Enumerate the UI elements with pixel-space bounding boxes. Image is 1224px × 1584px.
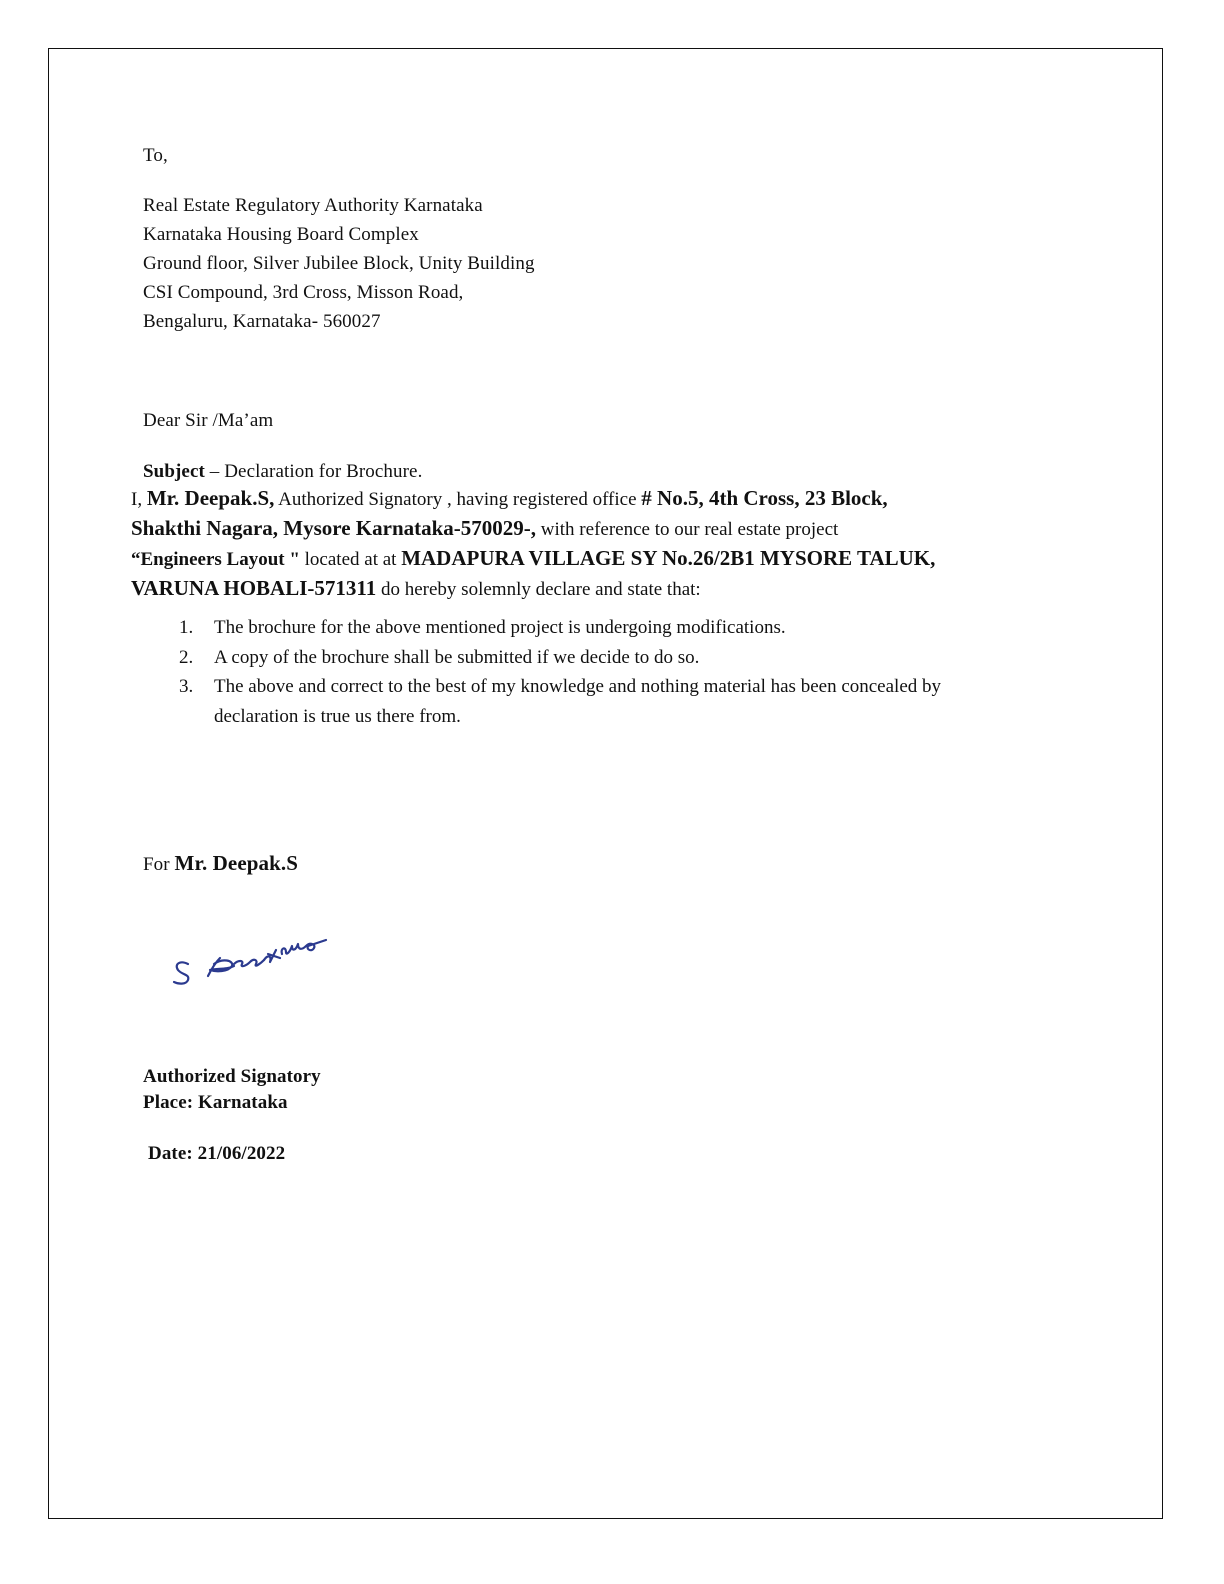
declarant-name: Mr. Deepak.S,	[147, 486, 275, 510]
address-line: Ground floor, Silver Jubilee Block, Unit…	[143, 249, 535, 278]
list-text: The brochure for the above mentioned pro…	[214, 617, 786, 638]
list-text: The above and correct to the best of my …	[214, 676, 941, 727]
list-item: 2.A copy of the brochure shall be submit…	[179, 643, 999, 673]
office-address: Shakthi Nagara, Mysore Karnataka-570029-…	[131, 516, 536, 540]
for-label: For	[143, 854, 175, 875]
list-number: 2.	[179, 643, 193, 673]
salutation-to: To,	[143, 141, 168, 170]
subject-label: Subject	[143, 461, 205, 482]
list-item: 3.The above and correct to the best of m…	[179, 672, 999, 731]
list-number: 3.	[179, 672, 193, 702]
list-number: 1.	[179, 613, 193, 643]
intro-text: with reference to our real estate projec…	[536, 519, 838, 540]
for-line: For Mr. Deepak.S	[143, 849, 298, 879]
place: Place: Karnataka	[143, 1088, 288, 1117]
project-name: “Engineers Layout "	[131, 549, 300, 570]
intro-text: I,	[131, 489, 147, 510]
signatory-title: Authorized Signatory	[143, 1062, 321, 1091]
list-text: A copy of the brochure shall be submitte…	[214, 647, 699, 668]
declaration-intro: I, Mr. Deepak.S, Authorized Signatory , …	[131, 484, 1031, 604]
address-line: CSI Compound, 3rd Cross, Misson Road,	[143, 278, 535, 307]
intro-text: located at at	[300, 549, 401, 570]
project-location: MADAPURA VILLAGE SY No.26/2B1 MYSORE TAL…	[401, 546, 935, 570]
intro-text: Authorized Signatory , having registered…	[274, 489, 641, 510]
address-line: Karnataka Housing Board Complex	[143, 220, 535, 249]
project-location: VARUNA HOBALI-571311	[131, 576, 376, 600]
recipient-address: Real Estate Regulatory Authority Karnata…	[143, 191, 535, 336]
list-item: 1.The brochure for the above mentioned p…	[179, 613, 999, 643]
subject-line: Subject – Declaration for Brochure.	[143, 457, 422, 486]
signature	[168, 928, 338, 994]
address-line: Real Estate Regulatory Authority Karnata…	[143, 191, 535, 220]
office-address: # No.5, 4th Cross, 23 Block,	[641, 486, 887, 510]
for-name: Mr. Deepak.S	[175, 851, 299, 875]
intro-text: do hereby solemnly declare and state tha…	[376, 579, 700, 600]
declaration-list: 1.The brochure for the above mentioned p…	[179, 613, 999, 731]
date: Date: 21/06/2022	[148, 1139, 285, 1168]
subject-text: – Declaration for Brochure.	[205, 461, 423, 482]
address-line: Bengaluru, Karnataka- 560027	[143, 307, 535, 336]
greeting: Dear Sir /Ma’am	[143, 406, 273, 435]
